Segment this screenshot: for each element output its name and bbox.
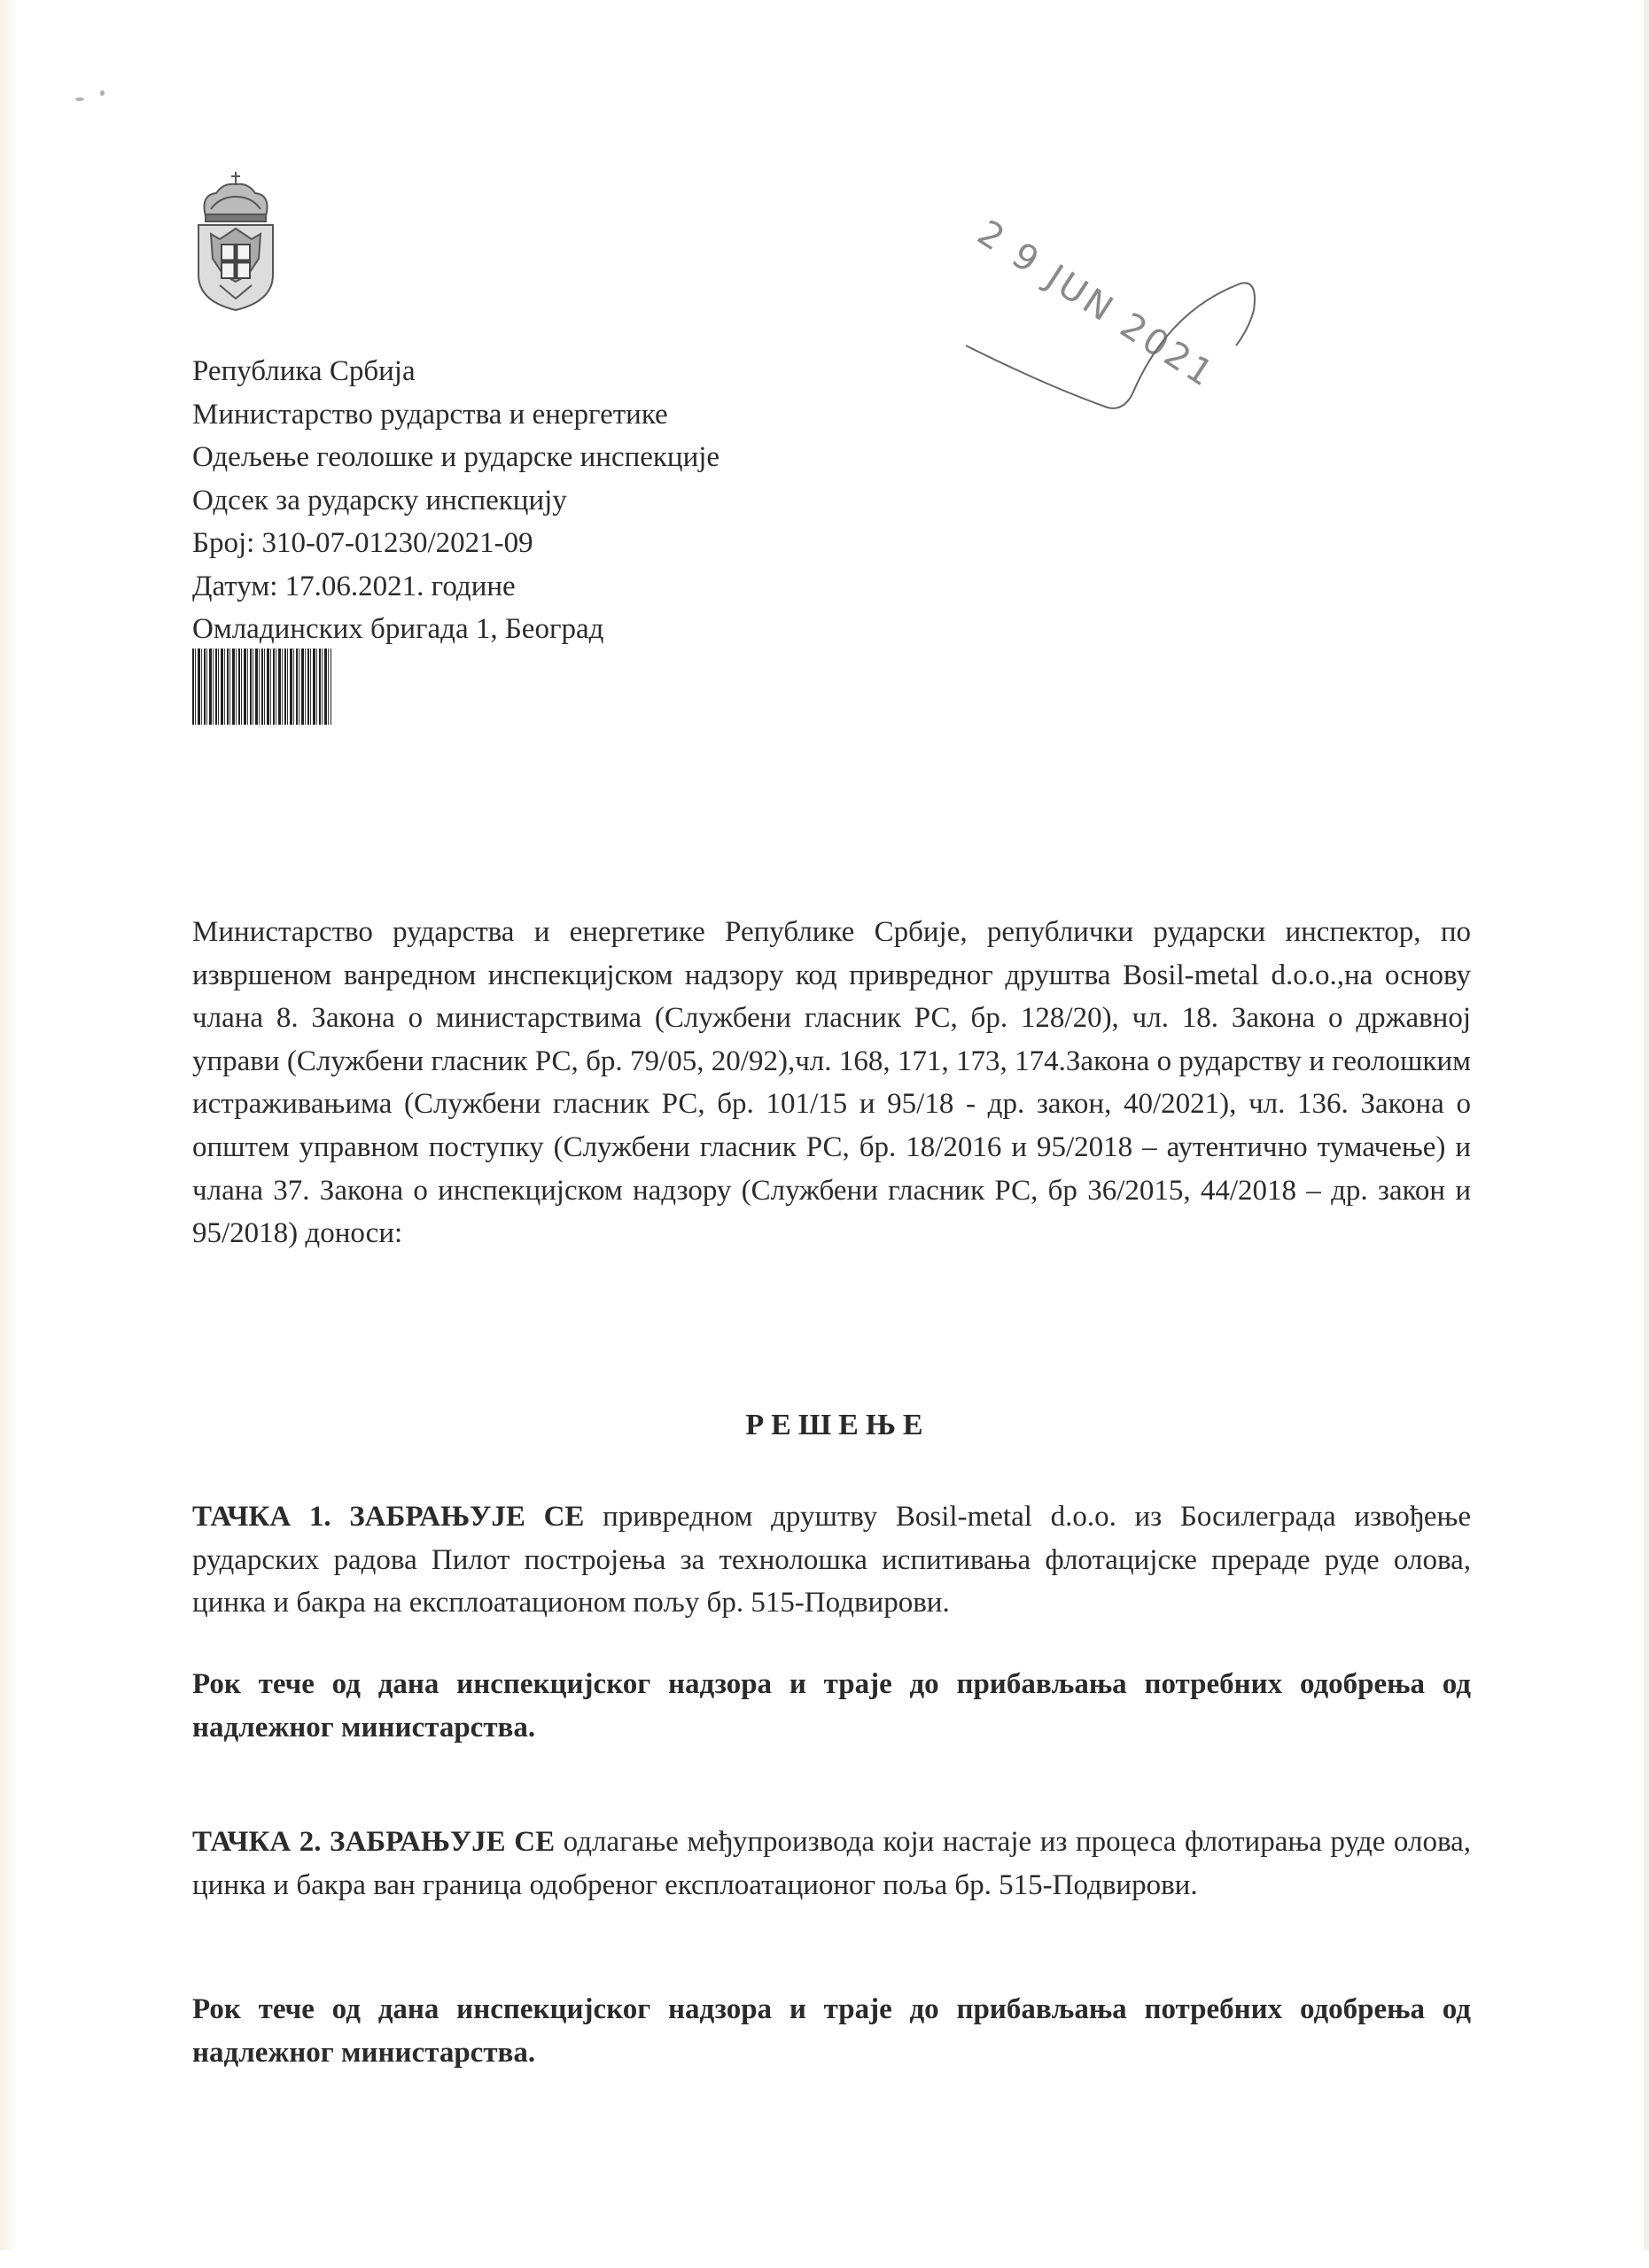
point-1-deadline: Рок тече од дана инспекцијског надзора и… bbox=[192, 1663, 1471, 1749]
letterhead: Република Србија Министарство рударства … bbox=[192, 350, 719, 651]
letterhead-department: Одељење геолошке и рударске инспекције bbox=[192, 436, 719, 479]
scan-speck bbox=[75, 97, 84, 101]
scan-edge-right bbox=[1644, 0, 1649, 2250]
letterhead-country: Република Србија bbox=[192, 350, 719, 393]
letterhead-date: Датум: 17.06.2021. године bbox=[192, 565, 719, 609]
letterhead-section: Одсек за рударску инспекцију bbox=[192, 479, 719, 523]
coat-of-arms-icon bbox=[193, 170, 278, 312]
barcode bbox=[192, 649, 331, 725]
point-2-paragraph: ТАЧКА 2. ЗАБРАЊУЈЕ СЕ одлагање међупроиз… bbox=[192, 1821, 1471, 1907]
intro-paragraph: Министарство рударства и енергетике Репу… bbox=[192, 911, 1471, 1255]
scan-speck bbox=[100, 90, 105, 96]
point-2-deadline: Рок тече од дана инспекцијског надзора и… bbox=[192, 1988, 1471, 2074]
decision-title: РЕШЕЊЕ bbox=[0, 1409, 1649, 1442]
letterhead-ministry: Министарство рударства и енергетике bbox=[192, 393, 719, 437]
letterhead-address: Омладинских бригада 1, Београд bbox=[192, 608, 719, 651]
signature-stroke bbox=[939, 239, 1276, 416]
decision-title-text: РЕШЕЊЕ bbox=[745, 1409, 930, 1441]
point-2-lead: ТАЧКА 2. ЗАБРАЊУЈЕ СЕ bbox=[192, 1826, 555, 1858]
letterhead-number: Број: 310-07-01230/2021-09 bbox=[192, 522, 719, 565]
scan-edge-left bbox=[0, 0, 16, 2250]
point-1-paragraph: ТАЧКА 1. ЗАБРАЊУЈЕ СЕ привредном друштву… bbox=[192, 1495, 1471, 1625]
point-1-lead: ТАЧКА 1. ЗАБРАЊУЈЕ СЕ bbox=[192, 1501, 584, 1533]
